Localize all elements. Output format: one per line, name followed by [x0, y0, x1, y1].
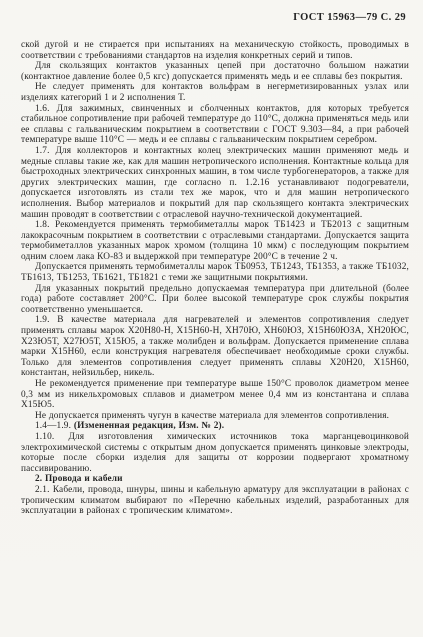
paragraph: Не допускается применять чугун в качеств… — [21, 411, 409, 422]
paragraph: Не рекомендуется применение при температ… — [21, 379, 409, 411]
paragraph-clause-1-6: 1.6. Для зажимных, свинченных и сболченн… — [21, 104, 409, 146]
paragraph-clause-1-9: 1.9. В качестве материала для нагревател… — [21, 315, 409, 379]
paragraph: Допускается применять термобиметаллы мар… — [21, 262, 409, 283]
paragraph: Для указанных покрытий предельно допуска… — [21, 284, 409, 316]
paragraph-continuation: ской дугой и не стирается при испытаниях… — [21, 40, 409, 61]
amendment-clause-range: 1.4—1.9. — [35, 421, 74, 431]
running-header: ГОСТ 15963—79 С. 29 — [21, 12, 409, 23]
document-body: ской дугой и не стирается при испытаниях… — [21, 40, 409, 517]
paragraph-clause-1-7: 1.7. Для коллекторов и контактных колец … — [21, 146, 409, 220]
section-heading: 2. Провода и кабели — [21, 474, 409, 485]
document-page: ГОСТ 15963—79 С. 29 ской дугой и не стир… — [0, 0, 423, 637]
paragraph-clause-2-1: 2.1. Кабели, провода, шнуры, шины и кабе… — [21, 485, 409, 517]
paragraph: Не следует применять для контактов вольф… — [21, 82, 409, 103]
paragraph-clause-1-8: 1.8. Рекомендуется применять термобимета… — [21, 220, 409, 262]
paragraph-clause-1-10: 1.10. Для изготовления химических источн… — [21, 432, 409, 474]
standard-number-and-page: ГОСТ 15963—79 С. 29 — [293, 12, 406, 23]
amendment-note-text: (Измененная редакция, Изм. № 2). — [74, 421, 224, 431]
paragraph: Для скользящих контактов указанных цепей… — [21, 61, 409, 82]
amendment-note: 1.4—1.9. (Измененная редакция, Изм. № 2)… — [21, 421, 409, 432]
